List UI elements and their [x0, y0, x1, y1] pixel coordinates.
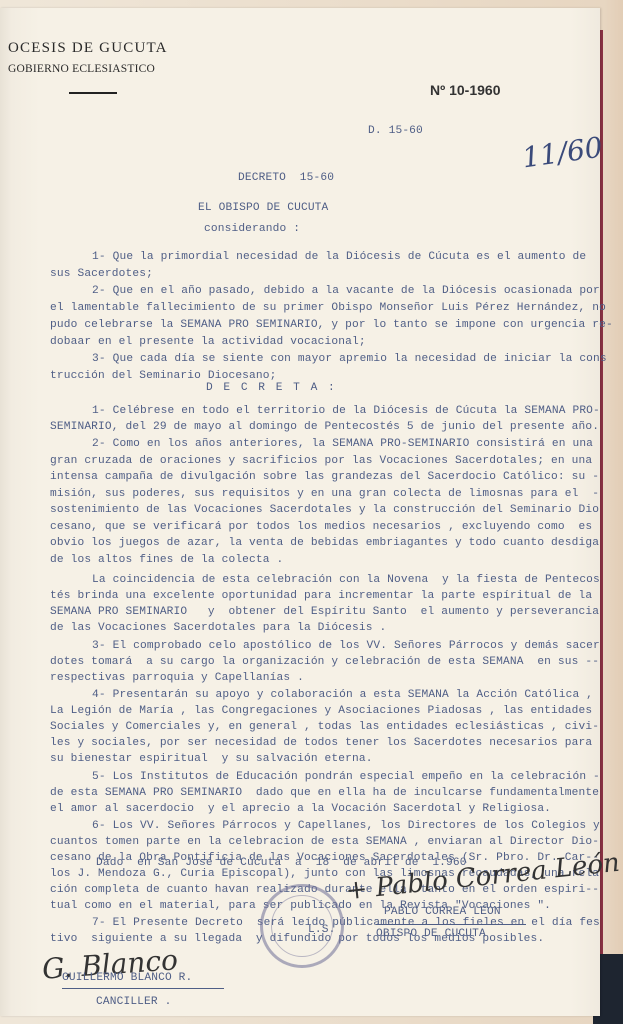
handwritten-note: 11/60 — [520, 131, 605, 175]
consideration-line: 2- Que en el año pasado, debido a la vac… — [92, 285, 600, 297]
decree-line: La coincidencia de esta celebración con … — [92, 574, 600, 586]
decree-line: gran cruzada de oraciones y sacrificios … — [50, 455, 592, 467]
dated-line: Dado en San José de Cúcuta a 18 de abril… — [96, 857, 467, 869]
decree-line: respectivas parroquia y Capellanías . — [50, 672, 304, 684]
decree-line: de esta SEMANA PRO SEMINARIO dado que en… — [50, 787, 599, 799]
decree-line: el amor al sacerdocio y el aprecio a la … — [50, 803, 551, 815]
decrees-label: D E C R E T A : — [206, 382, 337, 394]
decree-line: 3- El comprobado celo apostólico de los … — [92, 640, 600, 652]
consideration-line: 3- Que cada día se siente con mayor apre… — [92, 353, 607, 365]
decree-line: 2- Como en los años anteriores, la SEMAN… — [92, 438, 593, 450]
decree-line: 6- Los VV. Señores Párrocos y Capellanes… — [92, 820, 600, 832]
consideration-line: pudo celebrarse la SEMANA PRO SEMINARIO,… — [50, 319, 613, 331]
letterhead-office: GOBIERNO ECLESIASTICO — [8, 63, 155, 75]
considering-label: considerando : — [204, 223, 300, 235]
bishop-title: OBISPO DE CUCUTA — [376, 928, 486, 940]
decree-line: cuantos tomen parte en la celebracion de… — [50, 836, 599, 848]
consideration-line: trucción del Seminario Diocesano; — [50, 370, 277, 382]
consideration-line: sus Sacerdotes; — [50, 268, 153, 280]
bishop-name: PABLO CORREA LEON — [384, 906, 501, 918]
decree-line: cesano, que se verificará por todos los … — [50, 521, 592, 533]
chancellor-name: GUILLERMO BLANCO R. — [62, 972, 192, 984]
decree-line: misión, sus poderes, sus requisitos y en… — [50, 488, 599, 500]
archive-number: Nº 10-1960 — [430, 82, 501, 98]
decree-line: 7- El Presente Decreto será leído públic… — [92, 917, 600, 929]
decree-line: La Legión de María , las Congregaciones … — [50, 705, 592, 717]
decree-line: les y sociales, por ser necesidad de tod… — [50, 737, 592, 749]
decree-line: intensa campaña de divulgación sobre las… — [50, 471, 599, 483]
consideration-line: el lamentable fallecimiento de su primer… — [50, 302, 606, 314]
decree-line: 5- Los Institutos de Educación pondrán e… — [92, 771, 600, 783]
letterhead-diocese: OCESIS DE GUCUTA — [8, 40, 168, 57]
decree-line: obvio los juegos de azar, la venta de be… — [50, 537, 599, 549]
decree-title: DECRETO 15-60 — [238, 172, 334, 184]
decree-line: sostenimiento de las Vocaciones Sacerdot… — [50, 504, 599, 516]
letterhead-underline — [69, 92, 117, 94]
reference-code: D. 15-60 — [368, 125, 423, 137]
decree-line: de los altos fines de la colecta . — [50, 554, 283, 566]
decree-line: SEMANA PRO SEMINARIO y obtener del Espír… — [50, 606, 599, 618]
seal-label: L.S. — [308, 924, 335, 936]
decree-line: dotes tomará a su cargo la organización … — [50, 656, 599, 668]
chancellor-signature-line — [62, 988, 224, 989]
decree-line: 1- Celébrese en todo el territorio de la… — [92, 405, 600, 417]
decree-line: tés brinda una excelente oportunidad par… — [50, 590, 592, 602]
decree-line: Sociales y Comerciales y, en general , t… — [50, 721, 599, 733]
decree-line: su bienestar espiritual y su salvación e… — [50, 753, 373, 765]
decree-line: 4- Presentarán su apoyo y colaboración a… — [92, 689, 593, 701]
chancellor-title: CANCILLER . — [96, 996, 172, 1008]
issuer: EL OBISPO DE CUCUTA — [198, 202, 328, 214]
consideration-line: 1- Que la primordial necesidad de la Dió… — [92, 251, 586, 263]
consideration-line: dobaar en el presente la actividad vocac… — [50, 336, 366, 348]
decree-line: de las Vocaciones Sacerdotales para la D… — [50, 622, 386, 634]
decree-line: SEMINARIO, del 29 de mayo al domingo de … — [50, 421, 599, 433]
bishop-signature-line — [376, 924, 526, 925]
